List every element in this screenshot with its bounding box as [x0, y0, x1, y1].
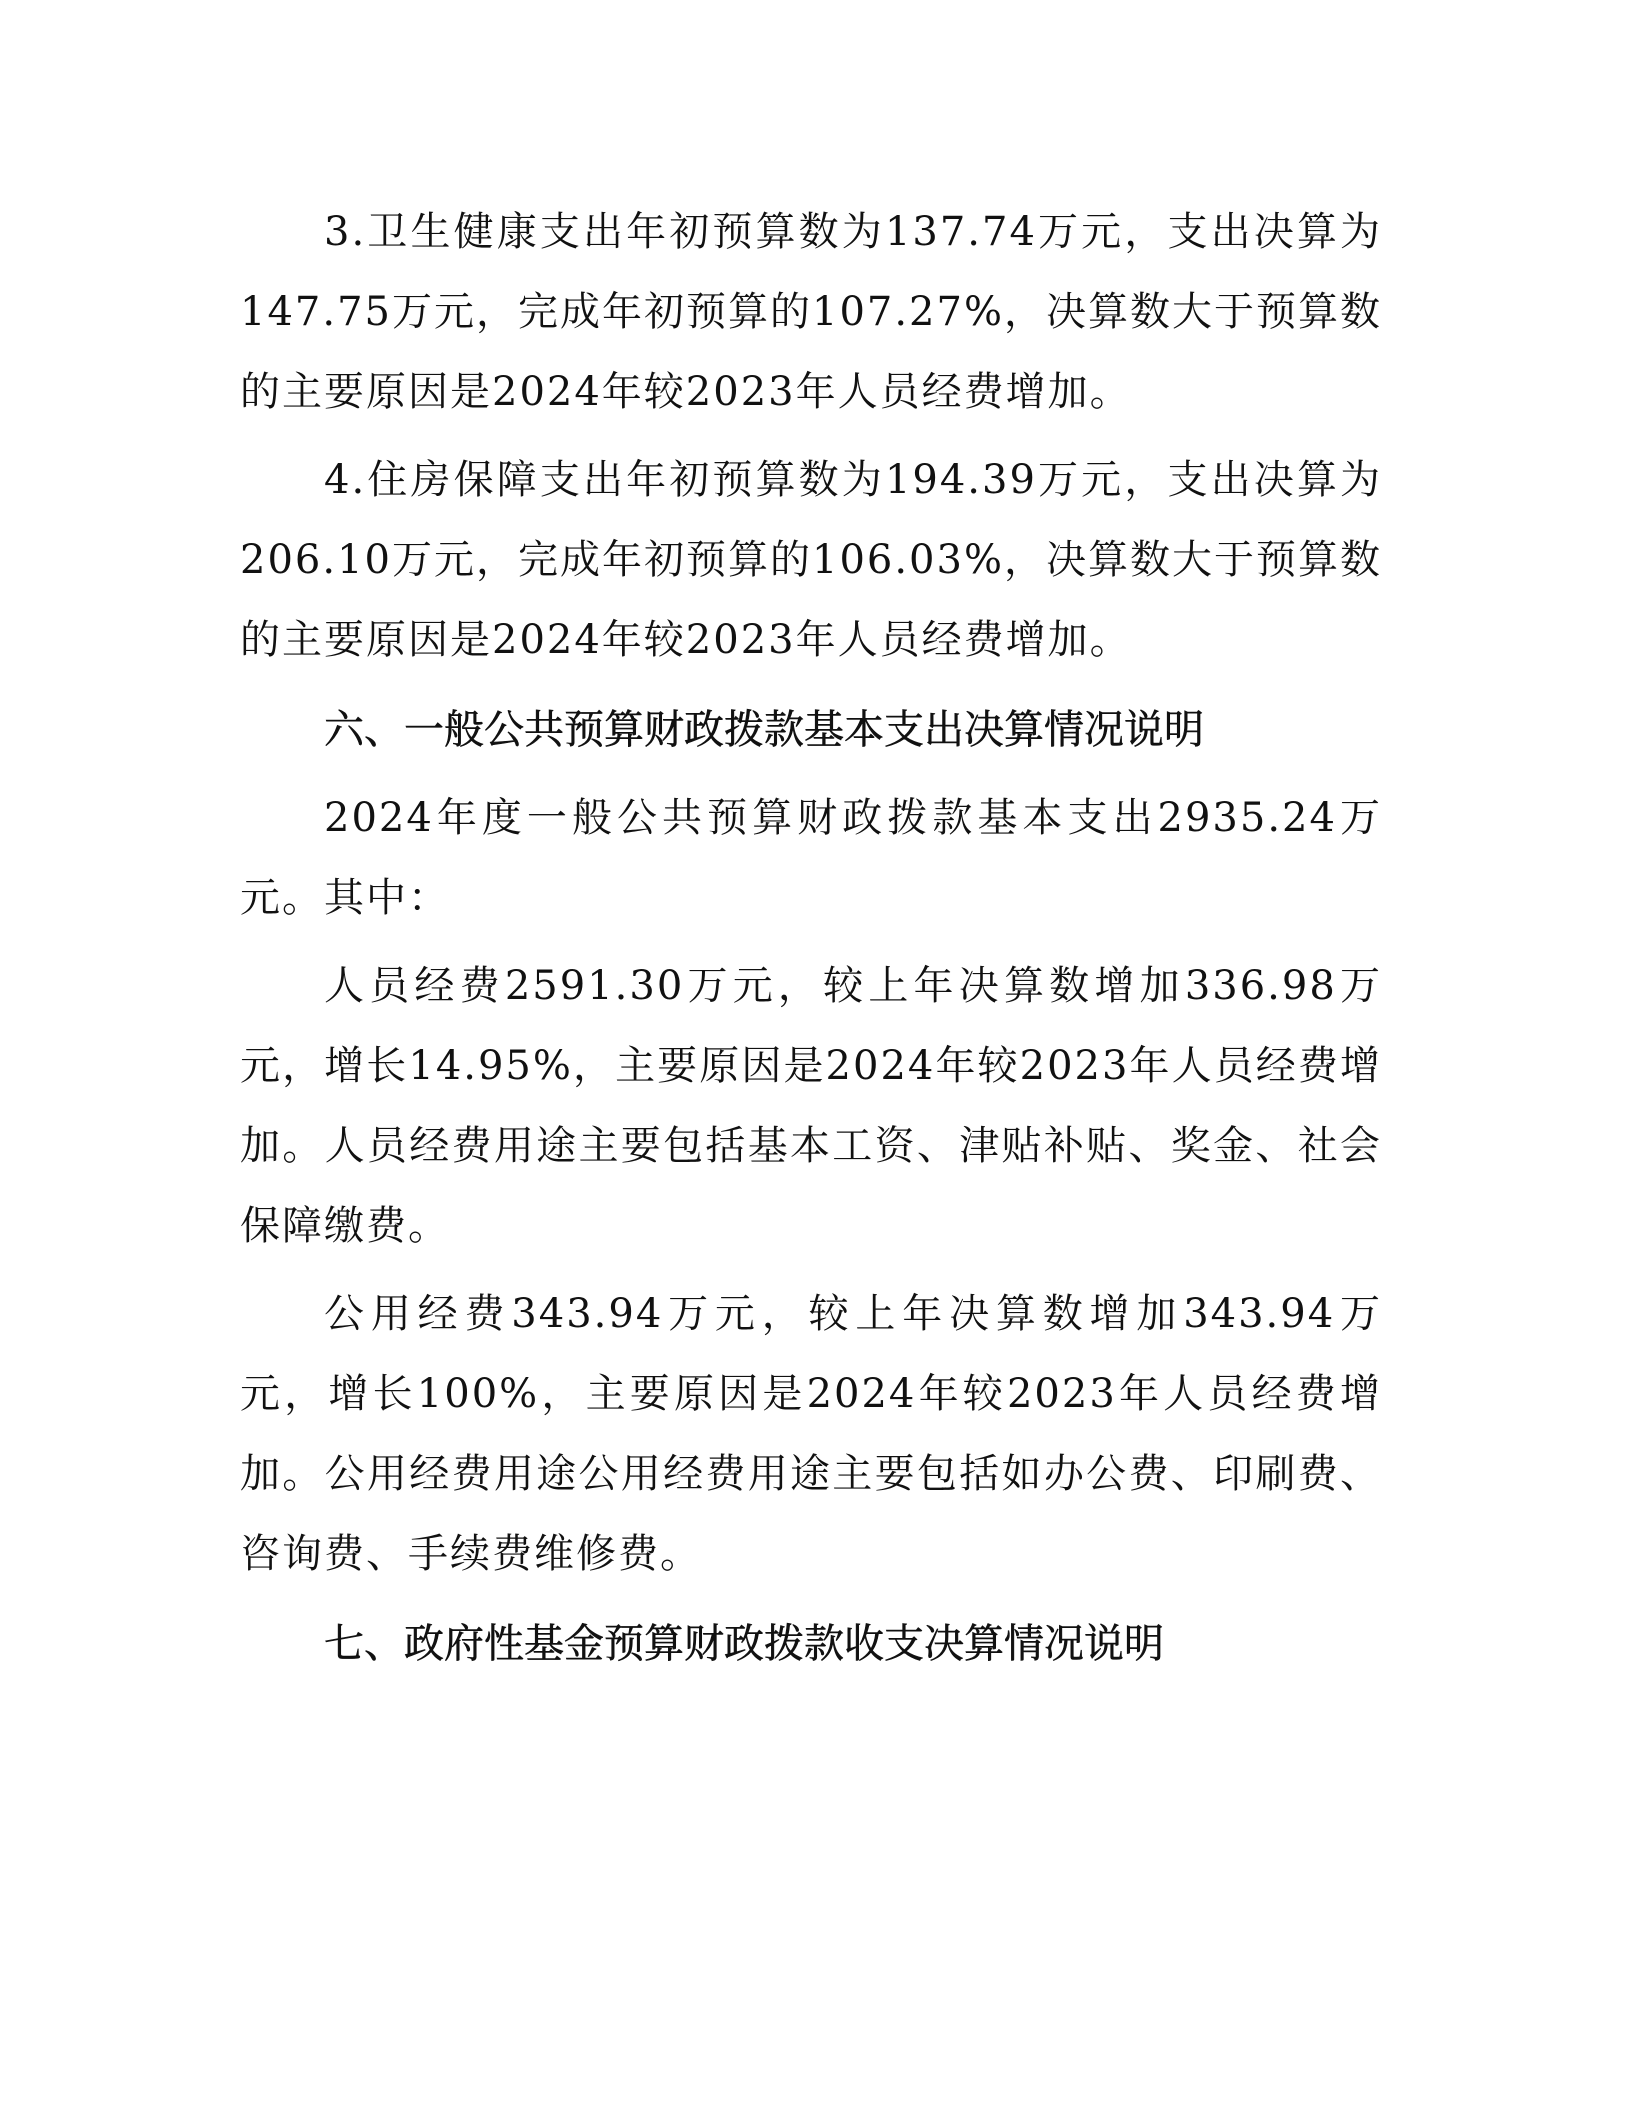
paragraph-personnel-expenses: 人员经费2591.30万元，较上年决算数增加336.98万元，增长14.95%，… — [240, 946, 1382, 1266]
section-heading-basic-expenditure: 六、一般公共预算财政拨款基本支出决算情况说明 — [240, 690, 1382, 770]
document-page: 3.卫生健康支出年初预算数为137.74万元，支出决算为147.75万元，完成年… — [240, 192, 1382, 1692]
paragraph-basic-expenditure-total: 2024年度一般公共预算财政拨款基本支出2935.24万元。其中： — [240, 778, 1382, 938]
section-heading-government-fund: 七、政府性基金预算财政拨款收支决算情况说明 — [240, 1604, 1382, 1684]
paragraph-housing-expenditure: 4.住房保障支出年初预算数为194.39万元，支出决算为206.10万元，完成年… — [240, 440, 1382, 680]
paragraph-health-expenditure: 3.卫生健康支出年初预算数为137.74万元，支出决算为147.75万元，完成年… — [240, 192, 1382, 432]
paragraph-public-expenses: 公用经费343.94万元，较上年决算数增加343.94万元，增长100%，主要原… — [240, 1274, 1382, 1594]
